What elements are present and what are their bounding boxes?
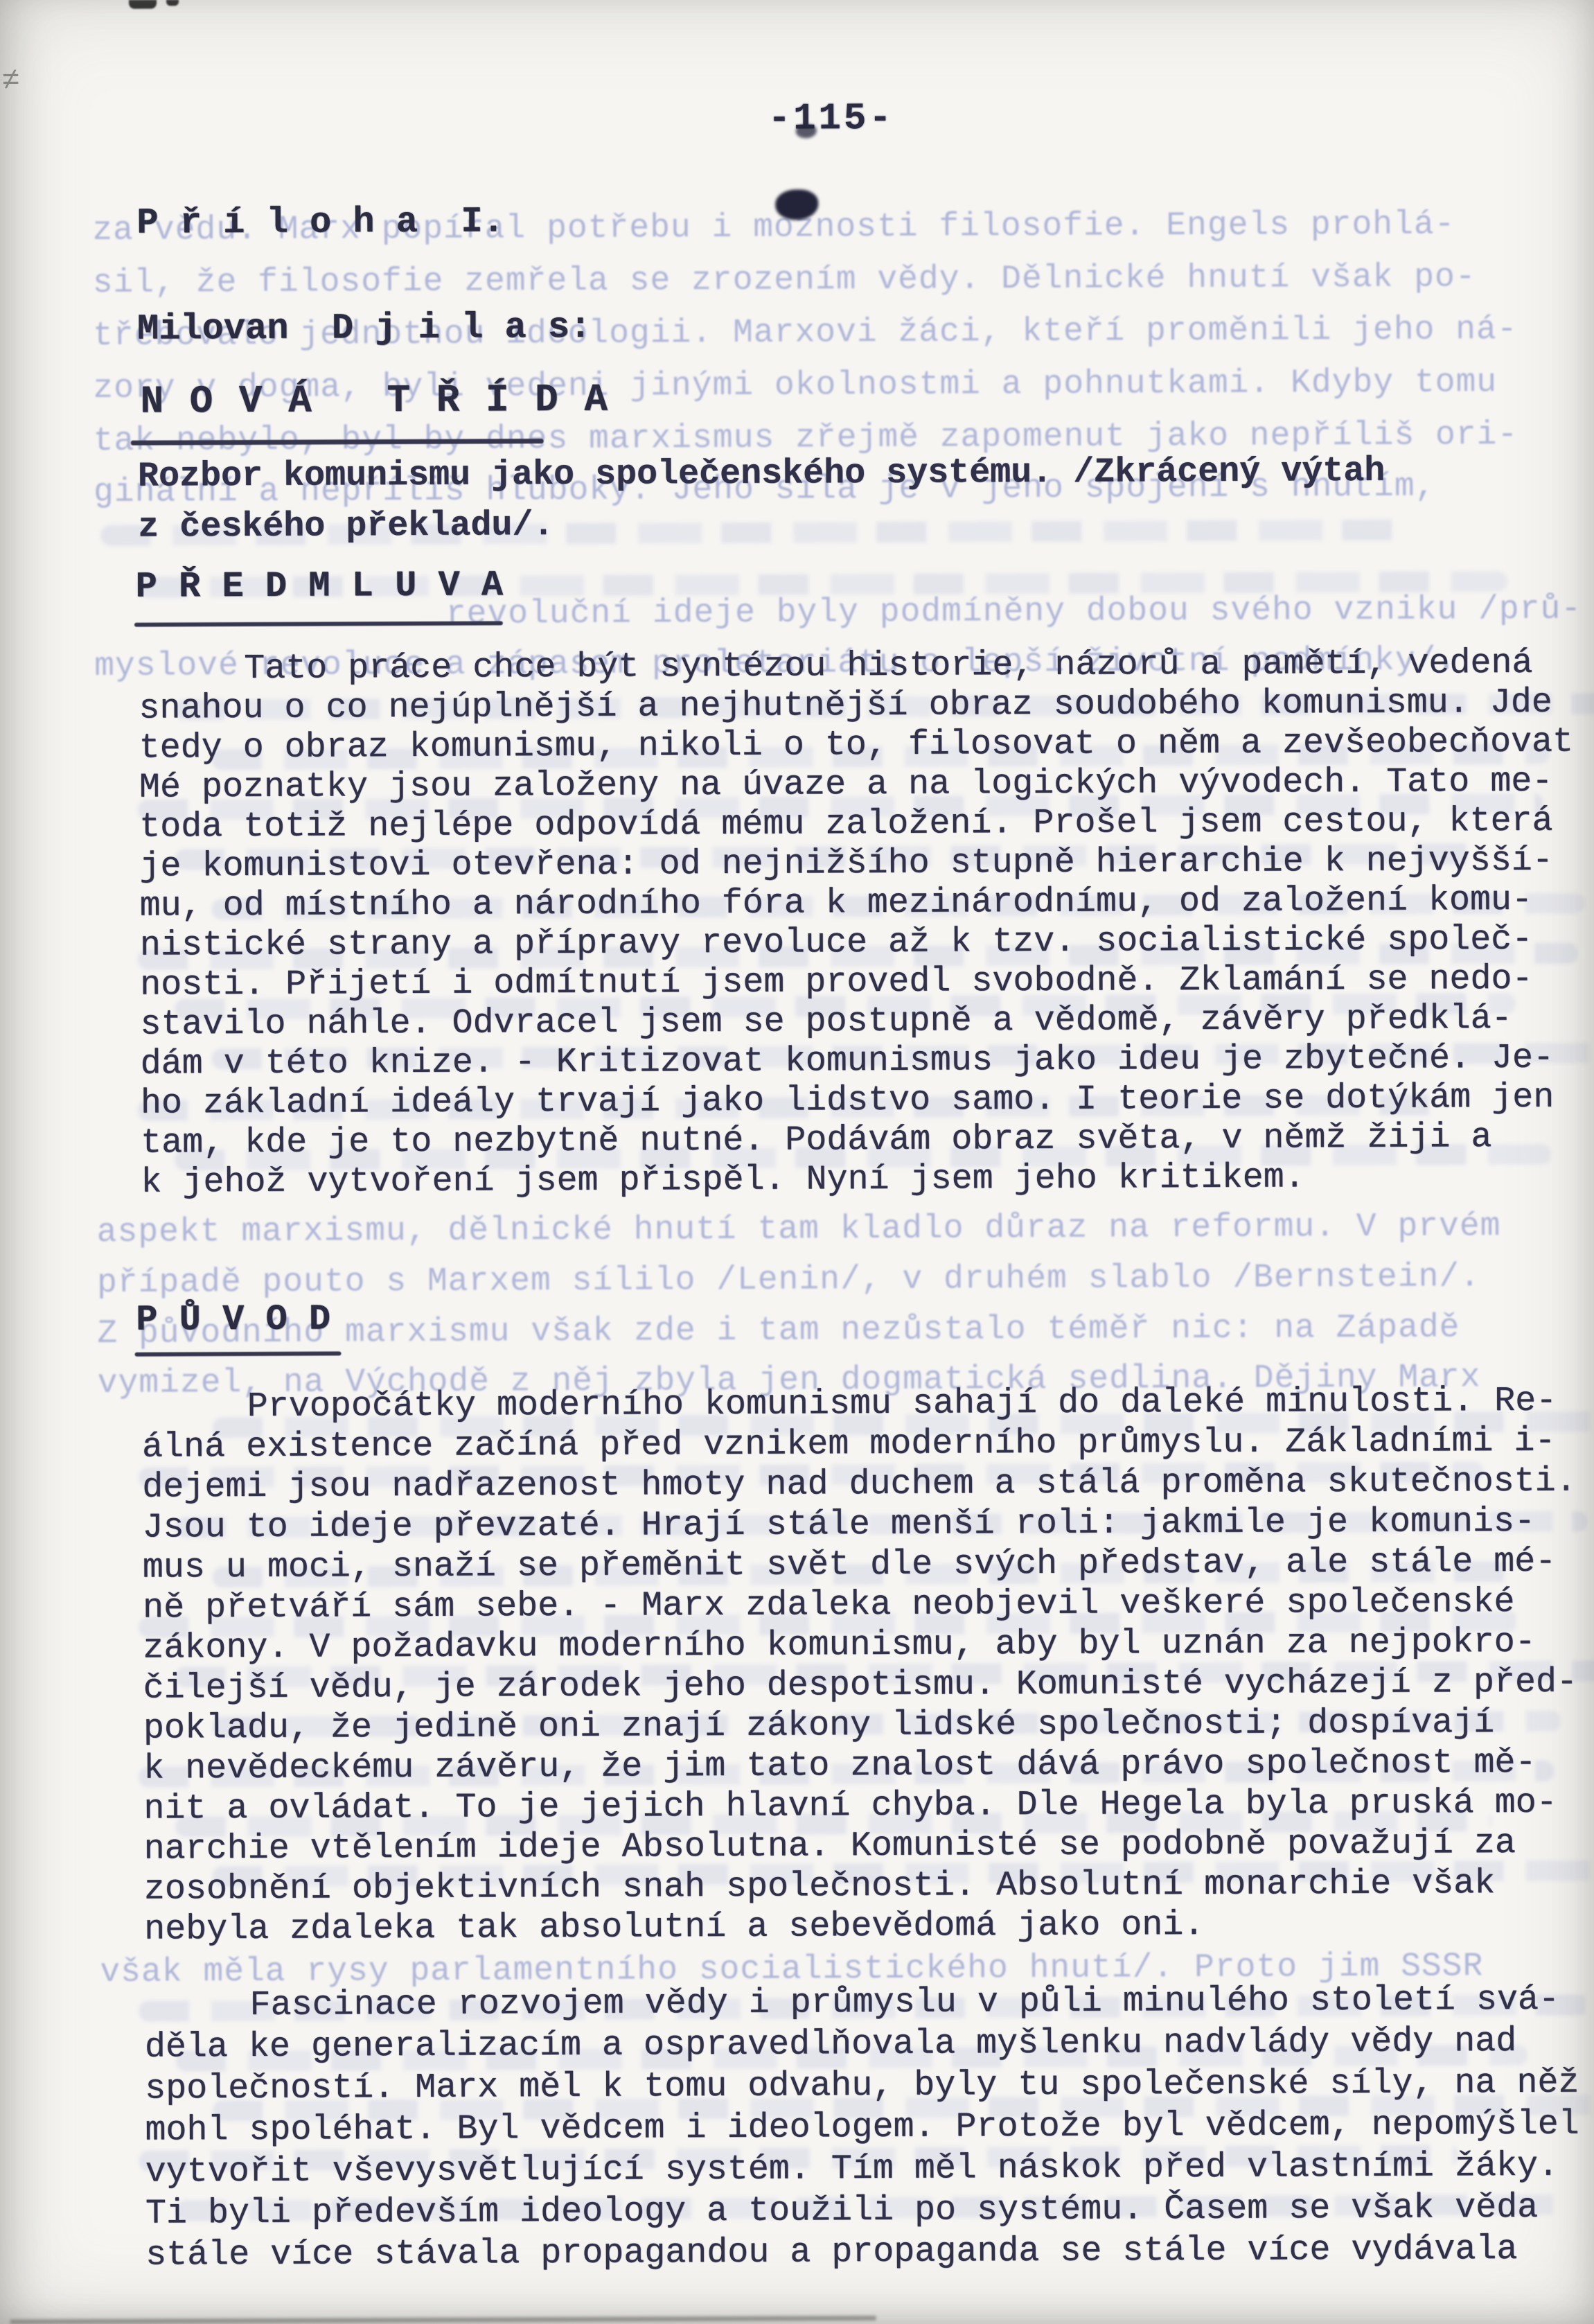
text-line: Jsou to ideje převzaté. Hrají stále menš… <box>142 1502 1577 1549</box>
text-line: Ti byli především ideology a toužili po … <box>145 2187 1580 2235</box>
text-line: stavilo náhle. Odvracel jsem se postupně… <box>140 999 1575 1045</box>
predmluva-underline <box>134 621 503 626</box>
section-heading-predmluva: P Ř E D M L U V A <box>136 565 504 607</box>
scanned-document-page: za vědu. Marx popíral potřebu i možnosti… <box>0 0 1594 2324</box>
text-line: tam, kde je to nezbytně nutné. Podávám o… <box>141 1118 1575 1163</box>
text-line: vytvořit vševysvětlující systém. Tím měl… <box>145 2146 1580 2194</box>
paragraph-puvod-2: Fascinace rozvojem vědy i průmyslu v půl… <box>145 1980 1580 2277</box>
text-line: pokladu, že jedině oni znají zákony lids… <box>143 1703 1578 1750</box>
text-line: Fascinace rozvojem vědy i průmyslu v půl… <box>145 1980 1579 2027</box>
text-line: Prvopočátky moderního komunismu sahají d… <box>142 1382 1577 1428</box>
text-line: álná existence začíná před vznikem moder… <box>142 1422 1577 1468</box>
text-line: dám v této knize. - Kritizovat komunismu… <box>141 1039 1575 1084</box>
typewritten-content: -115- ≠ P ř í l o h a I. Milovan D j i l… <box>0 0 1594 2324</box>
attachment-label: P ř í l o h a I. <box>136 201 504 243</box>
text-line: nosti. Přijetí i odmítnutí jsem provedl … <box>140 960 1575 1005</box>
text-line: děla ke generalizacím a ospravedlňovala … <box>145 2021 1579 2069</box>
text-line: toda totiž nejlépe odpovídá mému založen… <box>139 802 1574 847</box>
text-line: mus u moci, snaží se přeměnit svět dle s… <box>143 1542 1577 1589</box>
text-line: nistické strany a přípravy revoluce až k… <box>140 920 1575 966</box>
text-line: narchie vtělením ideje Absolutna. Komuni… <box>144 1824 1579 1870</box>
text-line: Mé poznatky jsou založeny na úvaze a na … <box>139 762 1574 808</box>
text-line: k jehož vytvoření jsem přispěl. Nyní jse… <box>141 1157 1575 1203</box>
text-line: tedy o obraz komunismu, nikoli o to, fil… <box>139 723 1574 768</box>
scan-edge-mark <box>129 0 157 9</box>
text-line: snahou o co nejúplnější a nejhutnější ob… <box>139 683 1573 729</box>
paragraph-predmluva: Tato práce chce být syntézou historie, n… <box>139 644 1575 1203</box>
text-line: dejemi jsou nadřazenost hmoty nad duchem… <box>142 1462 1577 1508</box>
text-line: stále více stávala propagandou a propaga… <box>145 2229 1580 2277</box>
author-name: Milovan D j i l a s: <box>137 307 592 350</box>
document-title: N O V Á T Ř Í D A <box>140 378 609 424</box>
page-number: -115- <box>768 98 894 141</box>
text-line: společností. Marx měl k tomu odvahu, byl… <box>145 2063 1579 2111</box>
title-underline <box>131 439 544 446</box>
scan-edge-mark <box>166 0 179 6</box>
text-line: z českého překladu/. <box>138 497 1385 553</box>
subtitle: Rozbor komunismu jako společenského syst… <box>138 446 1385 553</box>
section-heading-puvod: P Ů V O D <box>136 1299 330 1340</box>
text-line: k nevědeckému závěru, že jim tato znalos… <box>143 1743 1578 1790</box>
text-line: mohl spoléhat. Byl vědcem i ideologem. P… <box>145 2104 1579 2152</box>
text-line: nebyla zdaleka tak absolutní a sebevědom… <box>144 1904 1579 1951</box>
text-line: je komunistovi otevřena: od nejnižšího s… <box>139 841 1574 887</box>
ink-blot <box>775 189 818 220</box>
text-line: Tato práce chce být syntézou historie, n… <box>139 644 1573 689</box>
text-line: zákony. V požadavku moderního komunismu,… <box>143 1623 1577 1669</box>
text-line: Rozbor komunismu jako společenského syst… <box>138 446 1385 502</box>
text-line: nit a ovládat. To je jejich hlavní chyba… <box>143 1784 1578 1830</box>
text-line: čilejší vědu, je zárodek jeho despotismu… <box>143 1663 1578 1709</box>
text-line: ně přetváří sám sebe. - Marx zdaleka neo… <box>143 1583 1577 1629</box>
puvod-underline <box>135 1351 342 1356</box>
text-line: mu, od místního a národního fóra k mezin… <box>140 881 1575 926</box>
margin-pencil-mark: ≠ <box>1 64 20 98</box>
text-line: ho základní ideály trvají jako lidstvo s… <box>141 1078 1575 1124</box>
scan-edge-shadow <box>10 2316 876 2324</box>
text-line: zosobnění objektivních snah společnosti.… <box>144 1864 1579 1910</box>
paragraph-puvod-1: Prvopočátky moderního komunismu sahají d… <box>142 1382 1579 1951</box>
